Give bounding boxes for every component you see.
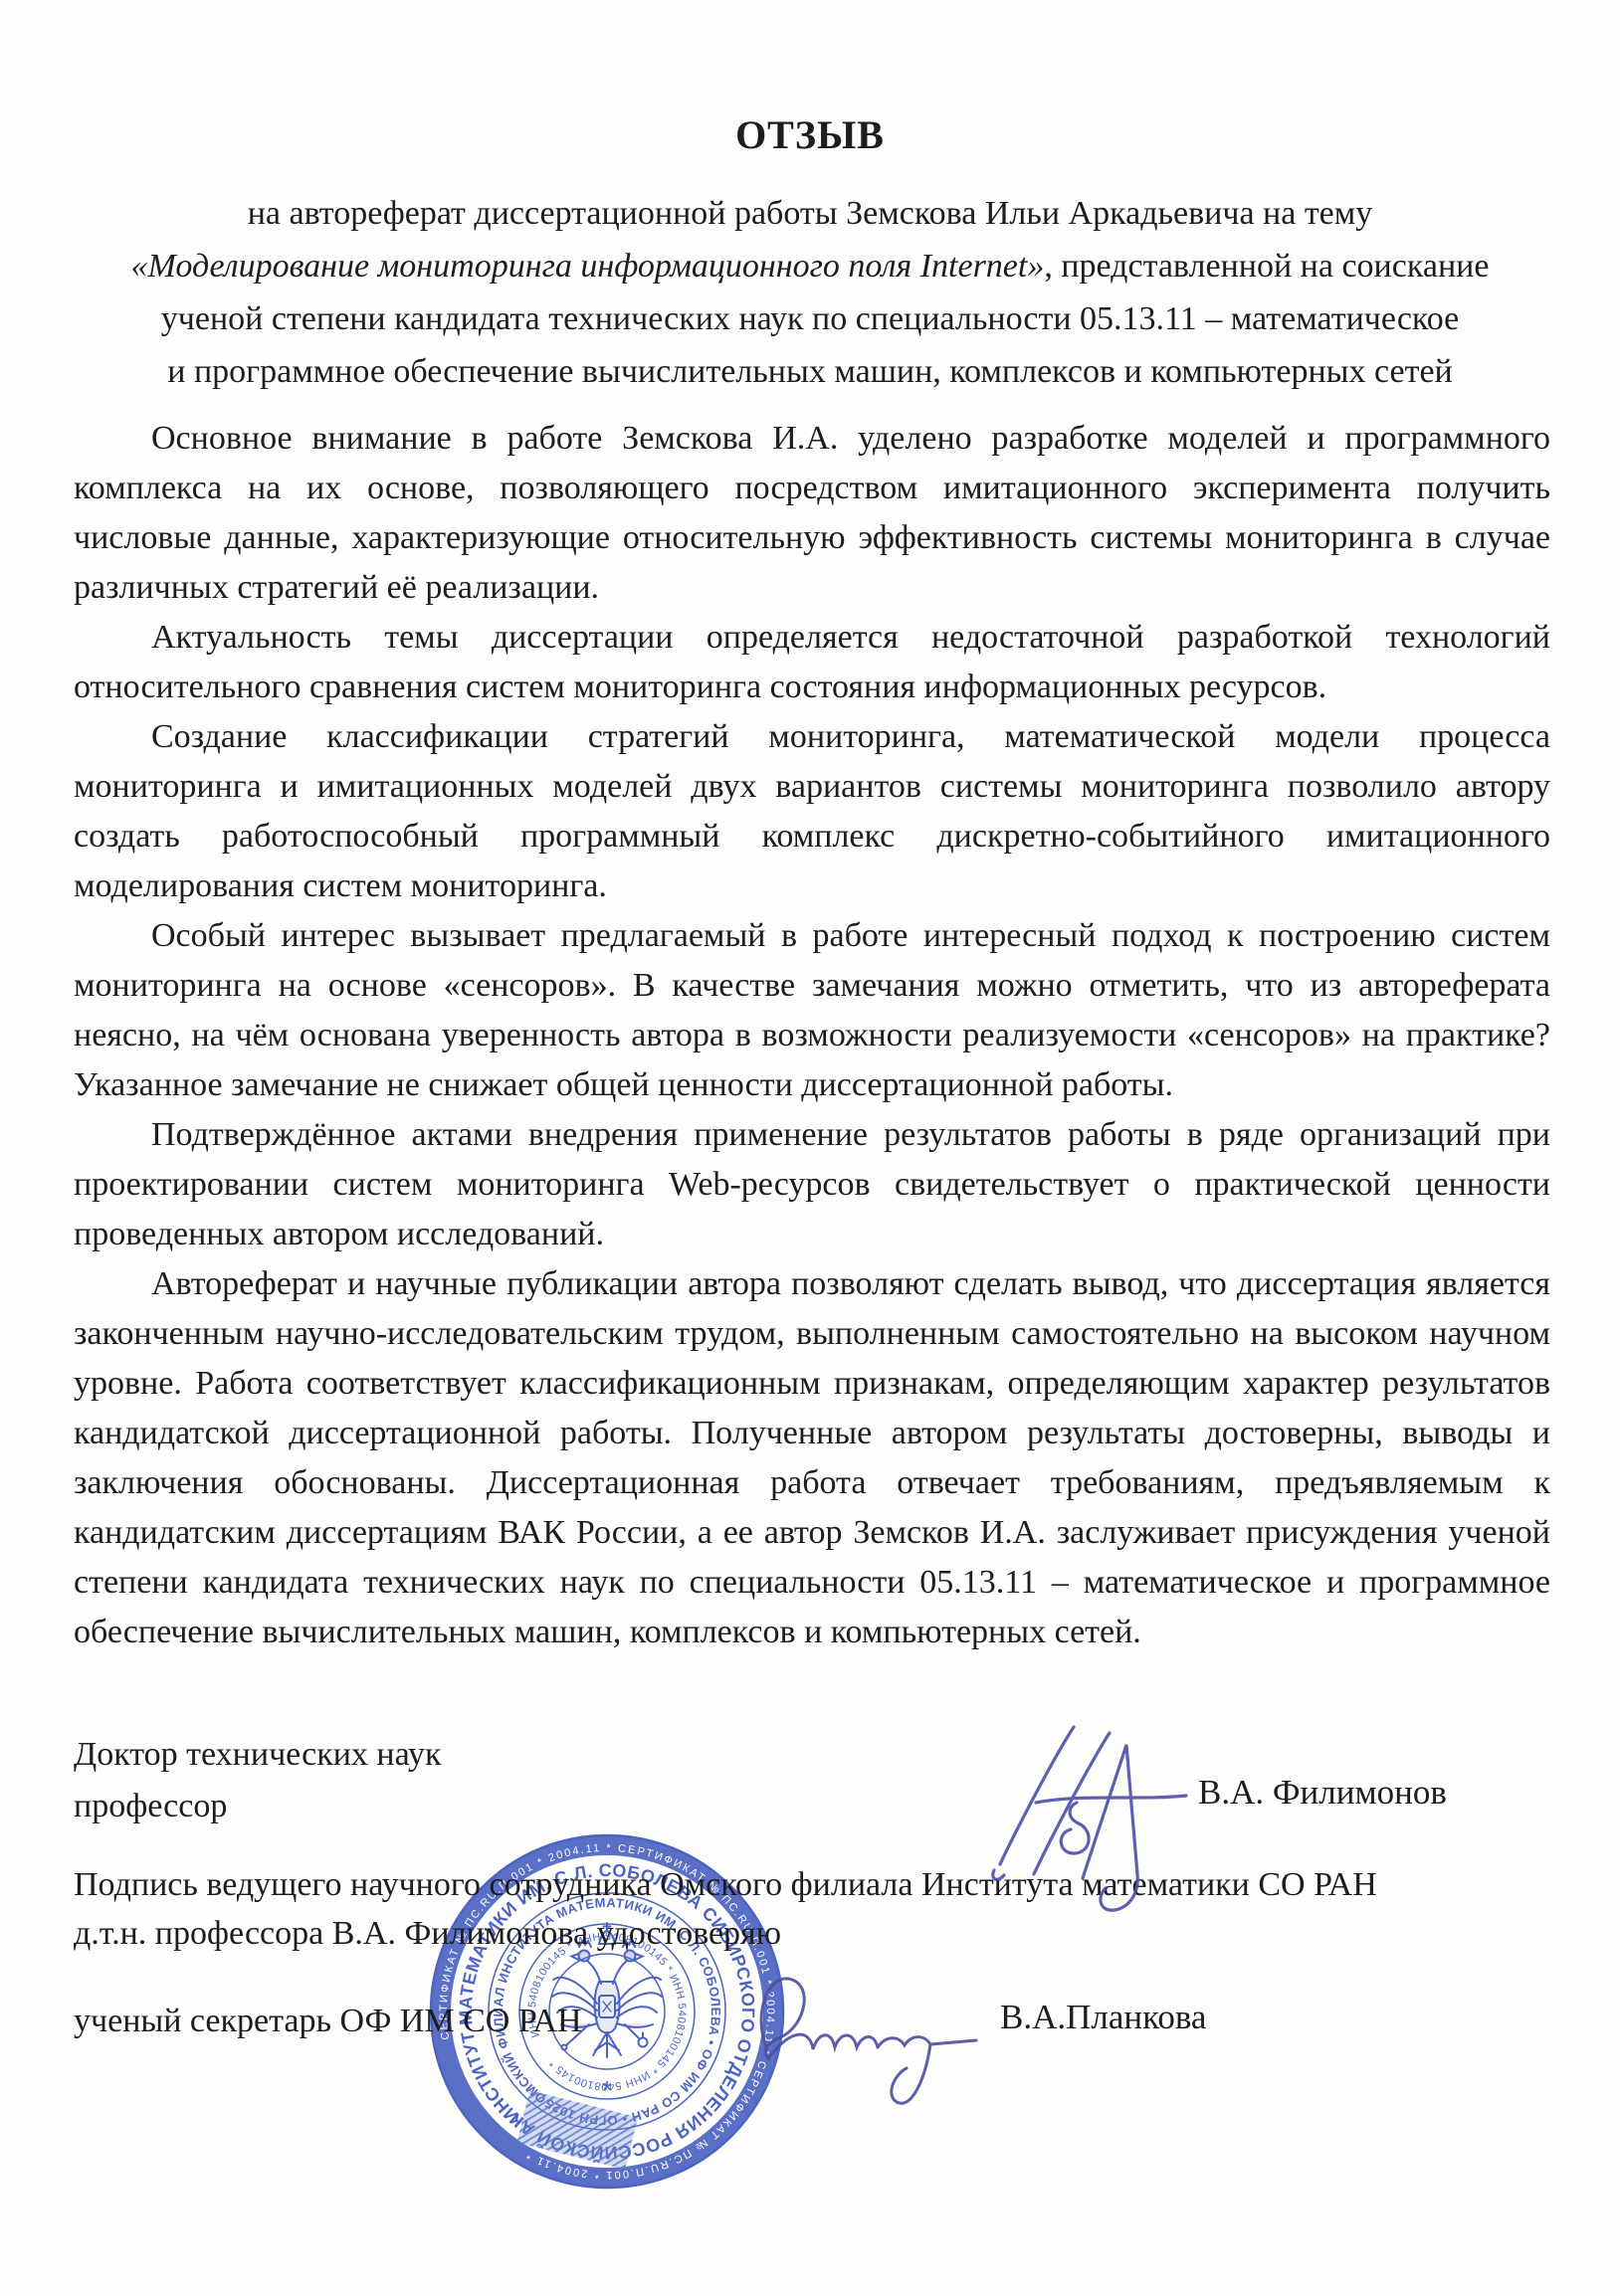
reviewer-degree: Доктор технических наук профессор [74, 1729, 441, 1832]
scanned-review-page: ОТЗЫВ на автореферат диссертационной раб… [0, 0, 1620, 2296]
reviewer-degree-line1: Доктор технических наук [74, 1729, 441, 1781]
paragraph-practical-value: Подтверждённое актами внедрения применен… [74, 1110, 1550, 1259]
secretary-label: ученый секретарь ОФ ИМ СО РАН [74, 1996, 582, 2047]
paragraph-relevance: Актуальность темы диссертации определяет… [74, 613, 1550, 712]
paragraph-main-focus: Основное внимание в работе Земскова И.А.… [74, 414, 1550, 613]
paragraph-conclusion: Автореферат и научные публикации автора … [74, 1259, 1550, 1657]
reviewer-degree-line2: профессор [74, 1781, 441, 1832]
paragraph-remark: Особый интерес вызывает предлагаемый в р… [74, 911, 1550, 1110]
review-body: Основное внимание в работе Земскова И.А.… [74, 414, 1550, 1657]
secretary-name: В.А.Планкова [1000, 1998, 1206, 2037]
stamp-star: * [602, 2075, 612, 2105]
plankova-signature [734, 1948, 1013, 2117]
paragraph-classification: Создание классификации стратегий монитор… [74, 712, 1550, 911]
reviewer-name: В.А. Филимонов [1198, 1773, 1447, 1813]
filimonov-signature [980, 1703, 1199, 1917]
